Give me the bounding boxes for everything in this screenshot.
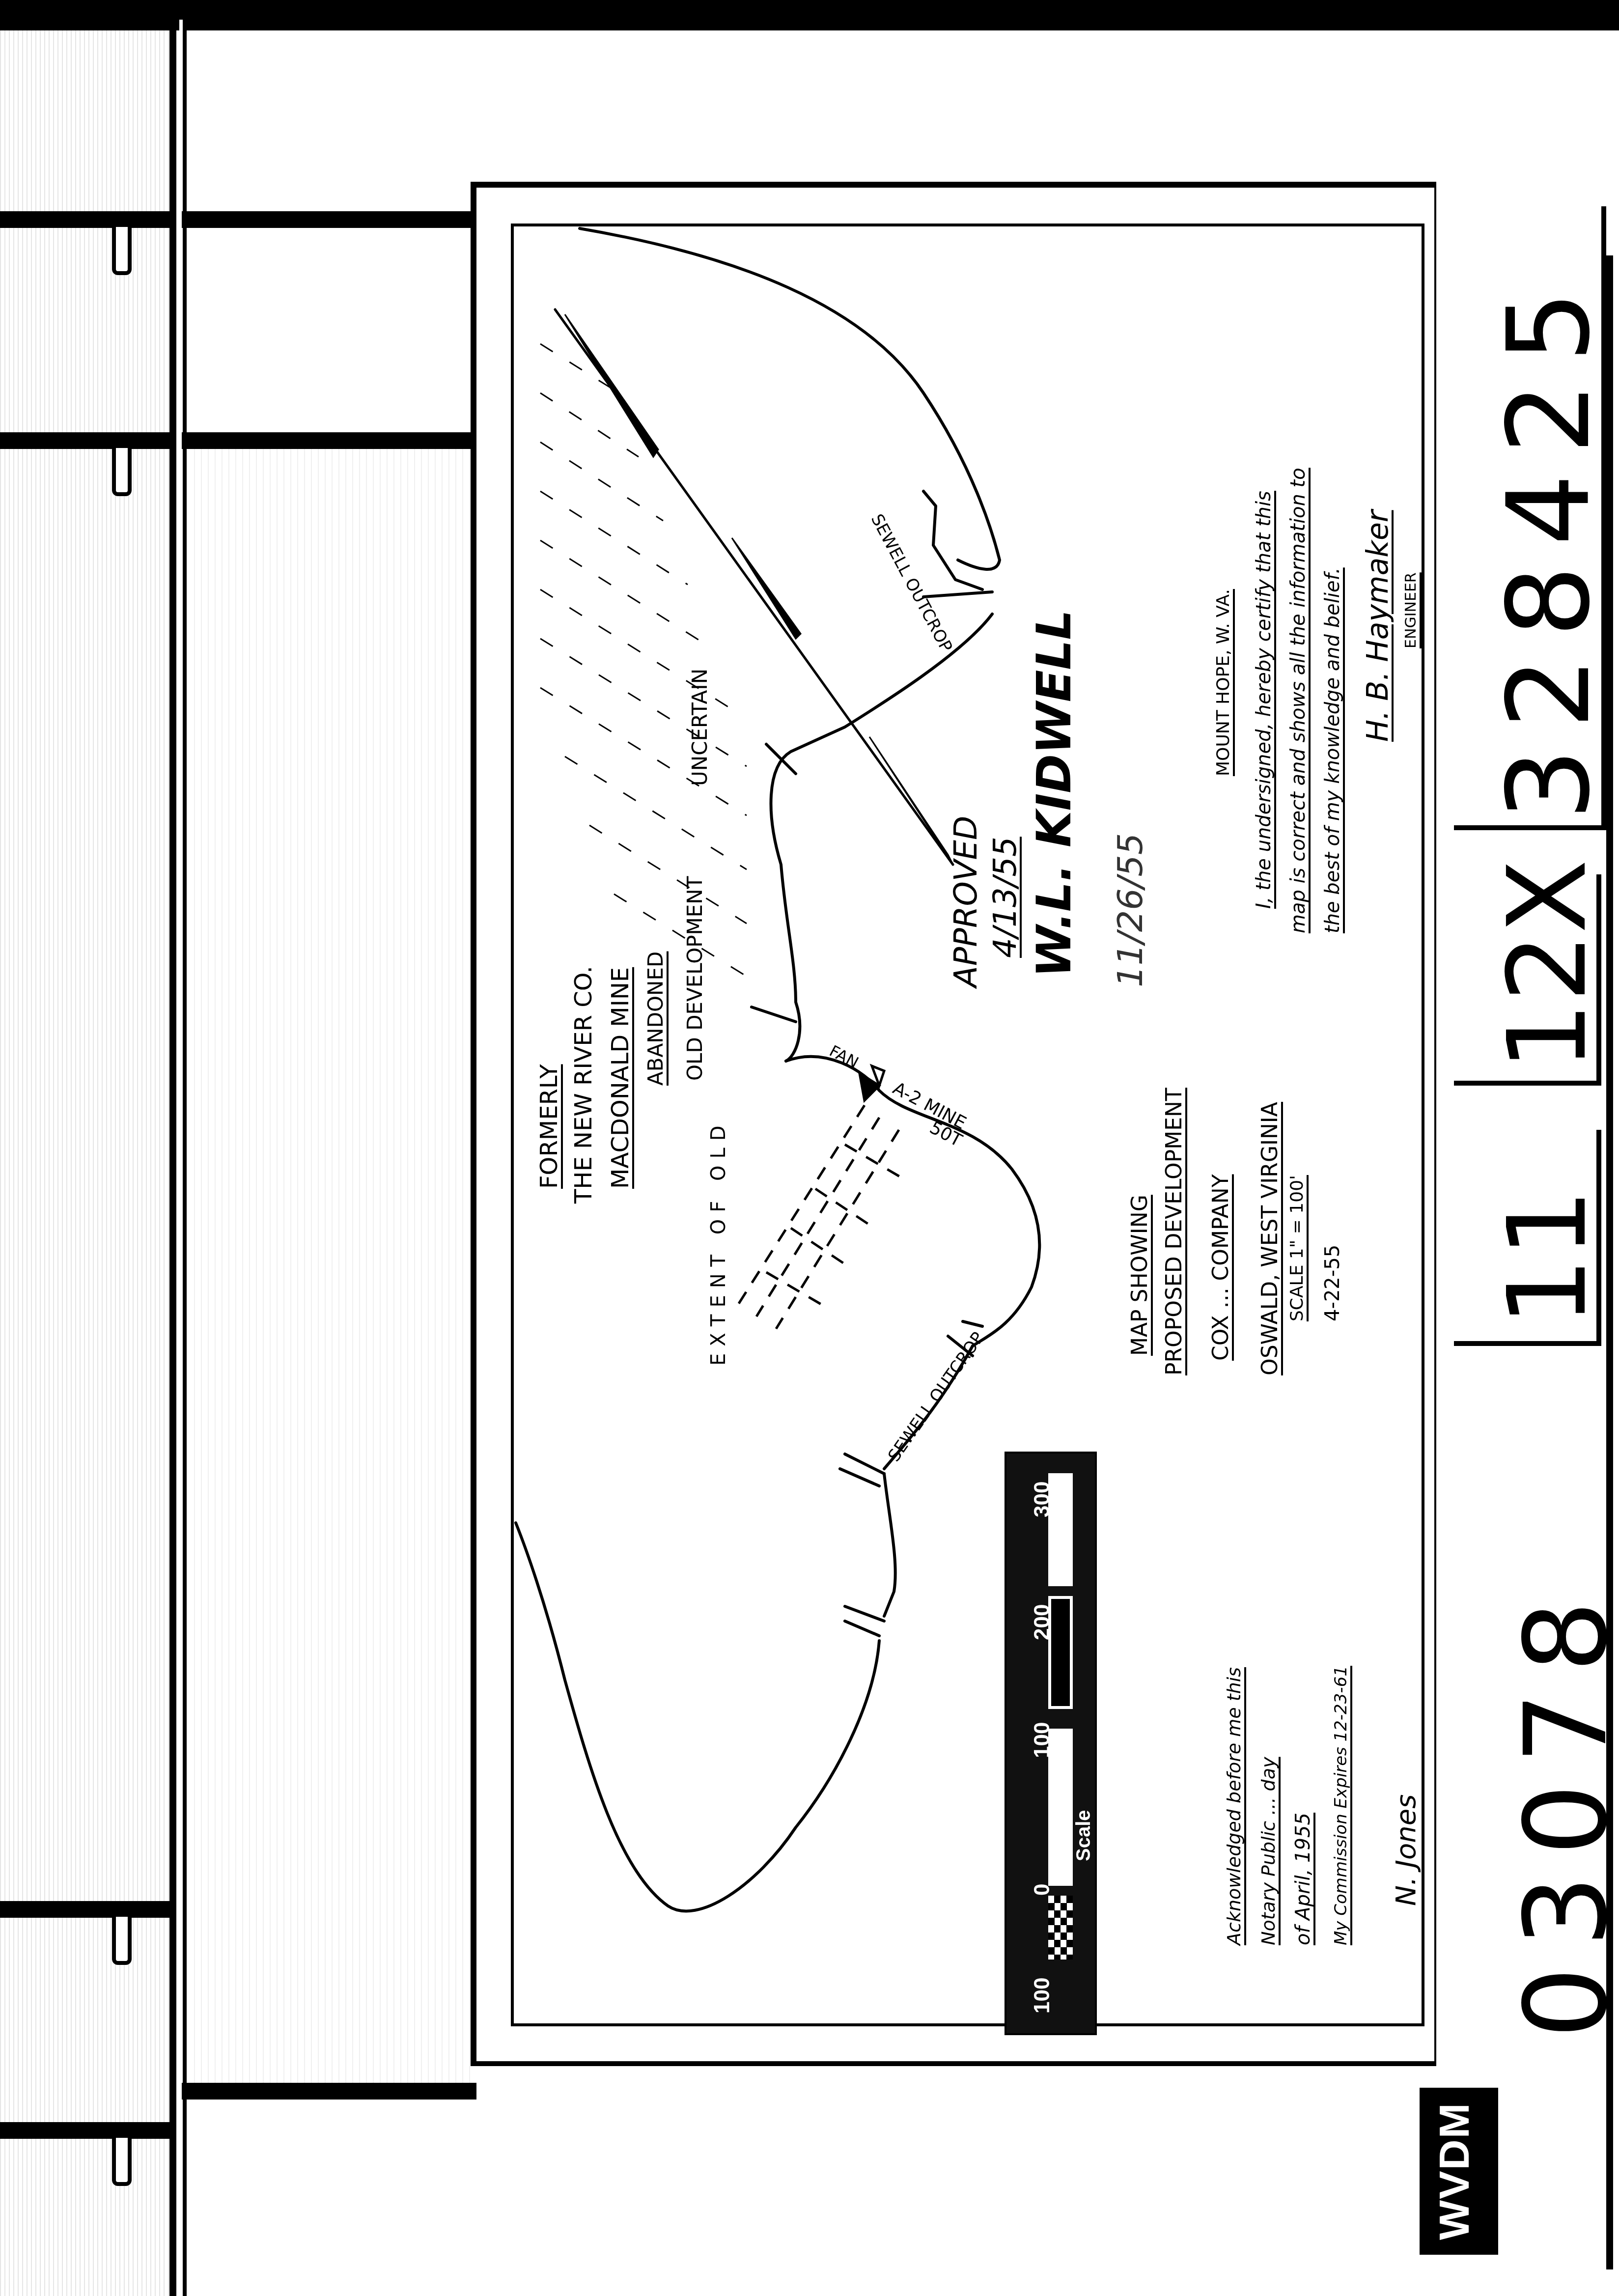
coal-lens (869, 737, 953, 865)
pencil-note: 11/26/55 (1110, 833, 1150, 987)
title-line-3: COX ... COMPANY (1208, 1174, 1233, 1361)
film-frame-bar (0, 432, 172, 449)
id-11: 11 (1493, 1189, 1601, 1326)
film-frame-bar (182, 2083, 476, 2100)
entry-dashed (766, 1272, 825, 1307)
outcrop-lower-sweep (516, 1523, 879, 1911)
outcrop-tick (845, 1621, 879, 1636)
film-frame-bar (182, 211, 476, 228)
engineer-signature: H. B. Haymaker (1361, 510, 1395, 742)
card-right-edge (1606, 255, 1613, 2269)
wvdm-label: WVDM (1430, 2102, 1479, 2240)
cert-location: MOUNT HOPE, W. VA. (1213, 589, 1233, 776)
film-grain-left (0, 30, 172, 2296)
label-old-development: OLD DEVELOPMENT (683, 876, 707, 1081)
label-extent-of-old: EXTENT OF OLD (707, 1119, 730, 1366)
cert-line-3: the best of my knowledge and belief. (1321, 567, 1344, 933)
label-former-company: THE NEW RIVER CO. (570, 966, 597, 1204)
outcrop-lower-body (884, 1474, 895, 1616)
outcrop-tick (752, 1007, 796, 1022)
cert-line-1: I, the undersigned, hereby certify that … (1253, 491, 1275, 909)
film-grain-panel (194, 442, 474, 2083)
film-frame-bar (0, 1901, 172, 1918)
scale-label: Scale (1073, 1810, 1095, 1861)
title-scale: SCALE 1" = 100' (1287, 1175, 1307, 1321)
sewell-outcrop-line-upper (580, 228, 1000, 569)
approval-date: 4/13/55 (987, 837, 1024, 958)
entry-dashed (845, 1145, 904, 1179)
scale-checker (1048, 1896, 1073, 1960)
id-number-328425: 328425 (1493, 271, 1606, 820)
scale-tick-label: 200 (1030, 1604, 1055, 1640)
outcrop-tick (845, 1454, 884, 1474)
title-date: 4-22-55 (1321, 1245, 1344, 1321)
mine-map-drawing (514, 226, 1422, 2023)
outcrop-tick (845, 1606, 884, 1621)
outcrop-spur-2 (923, 592, 992, 597)
outcrop-spur (923, 491, 982, 589)
label-former-mine: MACDONALD MINE (607, 967, 634, 1189)
coal-lens (565, 314, 658, 457)
coal-lens (732, 538, 801, 639)
title-line-1: MAP SHOWING (1127, 1195, 1152, 1356)
film-divider-vertical (169, 20, 176, 2296)
label-abandoned: ABANDONED (643, 952, 668, 1086)
fan-symbol (860, 1066, 884, 1100)
scale-tick-label: 0 (1030, 1884, 1055, 1896)
film-sprocket-notch (112, 1917, 132, 1965)
entry-dashed (737, 1105, 865, 1307)
cert-line-2: map is correct and shows all the informa… (1287, 468, 1310, 933)
outcrop-tick (840, 1469, 879, 1486)
label-uncertain: UNCERTAIN (688, 669, 712, 786)
outcrop-tick (963, 1321, 982, 1326)
ack-line-1: Acknowledged before me this (1223, 1667, 1245, 1945)
engineer-title: ENGINEER (1402, 572, 1420, 648)
scale-tick-label: 100 (1030, 1978, 1055, 2014)
id-number-03078: 03078 (1510, 1581, 1619, 2039)
ack-line-3: of April, 1955 (1292, 1813, 1314, 1945)
film-sprocket-notch (112, 448, 132, 496)
film-top-edge (0, 0, 1619, 30)
approver-name: W.L. KIDWELL (1027, 610, 1082, 978)
scale-bar: 100 0 100 200 300 Scale (1005, 1452, 1097, 2035)
scale-tick-label: 100 (1030, 1722, 1055, 1758)
ack-line-4: My Commission Expires 12-23-61 (1331, 1666, 1351, 1945)
wvdm-badge: WVDM (1420, 2088, 1498, 2255)
notary-signature: N. Jones (1390, 1794, 1422, 1906)
ack-line-2: Notary Public ... day (1257, 1757, 1279, 1945)
outcrop-tick (766, 744, 796, 774)
scale-tick-label: 300 (1030, 1482, 1055, 1517)
film-sprocket-notch (112, 2138, 132, 2186)
label-formerly: FORMERLY (535, 1064, 563, 1189)
entry-dashed (756, 1118, 879, 1316)
title-line-4: OSWALD, WEST VIRGINIA (1257, 1102, 1283, 1375)
film-divider-vertical-2 (183, 20, 187, 2296)
film-frame-bar (0, 211, 172, 228)
film-frame-bar (0, 2122, 172, 2139)
film-sprocket-notch (112, 227, 132, 275)
id-12x: 12X (1493, 859, 1601, 1071)
title-line-2: PROPOSED DEVELOPMENT (1162, 1088, 1187, 1375)
approval-stamp: APPROVED (948, 816, 984, 987)
